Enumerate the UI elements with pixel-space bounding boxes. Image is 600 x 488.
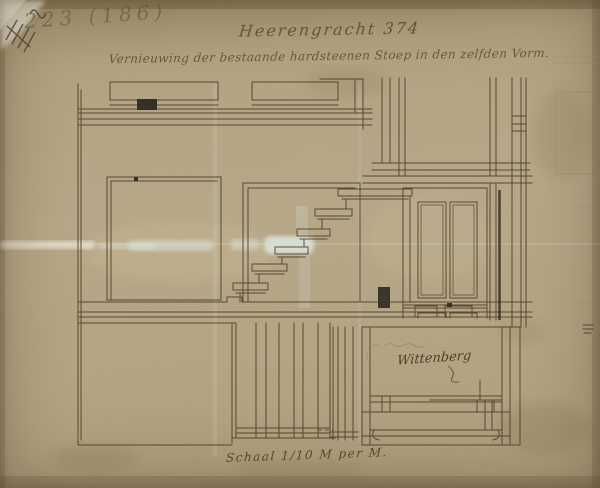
- drawing-canvas: [0, 0, 600, 488]
- scanned-architectural-drawing: 223 (186) Heerengracht 374 Vernieuwing d…: [0, 0, 600, 488]
- drawing-title: Heerengracht 374: [221, 18, 438, 41]
